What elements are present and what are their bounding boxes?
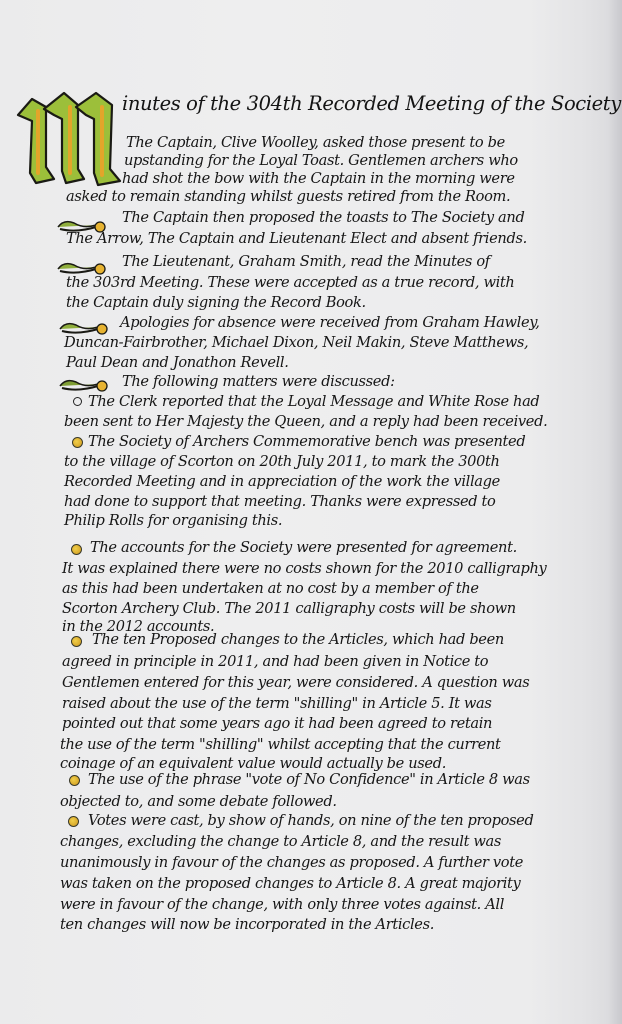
matter-line: Votes were cast, by show of hands, on ni… <box>88 811 533 831</box>
paragraph-line: Duncan-Fairbrother, Michael Dixon, Neil … <box>64 333 528 353</box>
matter-line: to the village of Scorton on 20th July 2… <box>64 452 500 472</box>
matter-line: Scorton Archery Club. The 2011 calligrap… <box>62 599 516 619</box>
paragraph-line: The following matters were discussed: <box>122 372 395 392</box>
matter-line: Philip Rolls for organising this. <box>64 511 282 531</box>
matter-line: were in favour of the change, with only … <box>60 895 504 915</box>
paragraph-line: the 303rd Meeting. These were accepted a… <box>66 273 514 293</box>
matter-line: unanimously in favour of the changes as … <box>60 853 523 873</box>
matter-line: as this had been undertaken at no cost b… <box>62 579 479 599</box>
illuminated-initial-m-icon: M <box>12 85 124 187</box>
matter-line: The ten Proposed changes to the Articles… <box>92 630 504 650</box>
paragraph-line: The Arrow, The Captain and Lieutenant El… <box>66 229 527 249</box>
gold-dot-bullet-icon <box>68 816 79 827</box>
matter-line: The accounts for the Society were presen… <box>90 538 517 558</box>
gold-dot-bullet-icon <box>71 544 82 555</box>
matter-line: The Clerk reported that the Loyal Messag… <box>88 392 539 412</box>
gold-dot-bullet-icon <box>72 437 83 448</box>
paragraph-line: Paul Dean and Jonathon Revell. <box>66 353 289 373</box>
matter-line: Gentlemen entered for this year, were co… <box>62 673 529 693</box>
page-edge-shadow <box>608 0 622 1024</box>
paragraph-line: Apologies for absence were received from… <box>120 313 540 333</box>
gold-dot-bullet-icon <box>71 636 82 647</box>
ring-bullet-icon <box>73 397 82 406</box>
manuscript-page: M inutes of the 304th Recorded Meeting o… <box>0 0 622 1024</box>
intro-line: asked to remain standing whilst guests r… <box>66 187 510 207</box>
matter-line: been sent to Her Majesty the Queen, and … <box>64 412 547 432</box>
matter-line: The Society of Archers Commemorative ben… <box>88 432 525 452</box>
paragraph-line: The Lieutenant, Graham Smith, read the M… <box>122 252 490 272</box>
intro-line: The Captain, Clive Woolley, asked those … <box>126 133 505 153</box>
matter-line: The use of the phrase "vote of No Confid… <box>88 770 530 790</box>
gold-dot-bullet-icon <box>69 775 80 786</box>
intro-line: upstanding for the Loyal Toast. Gentleme… <box>124 151 518 171</box>
matter-line: objected to, and some debate followed. <box>60 792 337 812</box>
matter-line: changes, excluding the change to Article… <box>60 832 501 852</box>
matter-line: Recorded Meeting and in appreciation of … <box>64 472 500 492</box>
matter-line: agreed in principle in 2011, and had bee… <box>62 652 488 672</box>
matter-line: It was explained there were no costs sho… <box>62 559 546 579</box>
matter-line: had done to support that meeting. Thanks… <box>64 492 496 512</box>
paragraph-line: the Captain duly signing the Record Book… <box>66 293 366 313</box>
matter-line: the use of the term "shilling" whilst ac… <box>60 735 501 755</box>
matter-line: raised about the use of the term "shilli… <box>62 694 492 714</box>
matter-line: pointed out that some years ago it had b… <box>62 714 492 734</box>
intro-line: had shot the bow with the Captain in the… <box>122 169 515 189</box>
matter-line: ten changes will now be incorporated in … <box>60 915 434 935</box>
matter-line: was taken on the proposed changes to Art… <box>60 874 520 894</box>
paragraph-line: The Captain then proposed the toasts to … <box>122 208 524 228</box>
page-title: inutes of the 304th Recorded Meeting of … <box>122 92 602 115</box>
